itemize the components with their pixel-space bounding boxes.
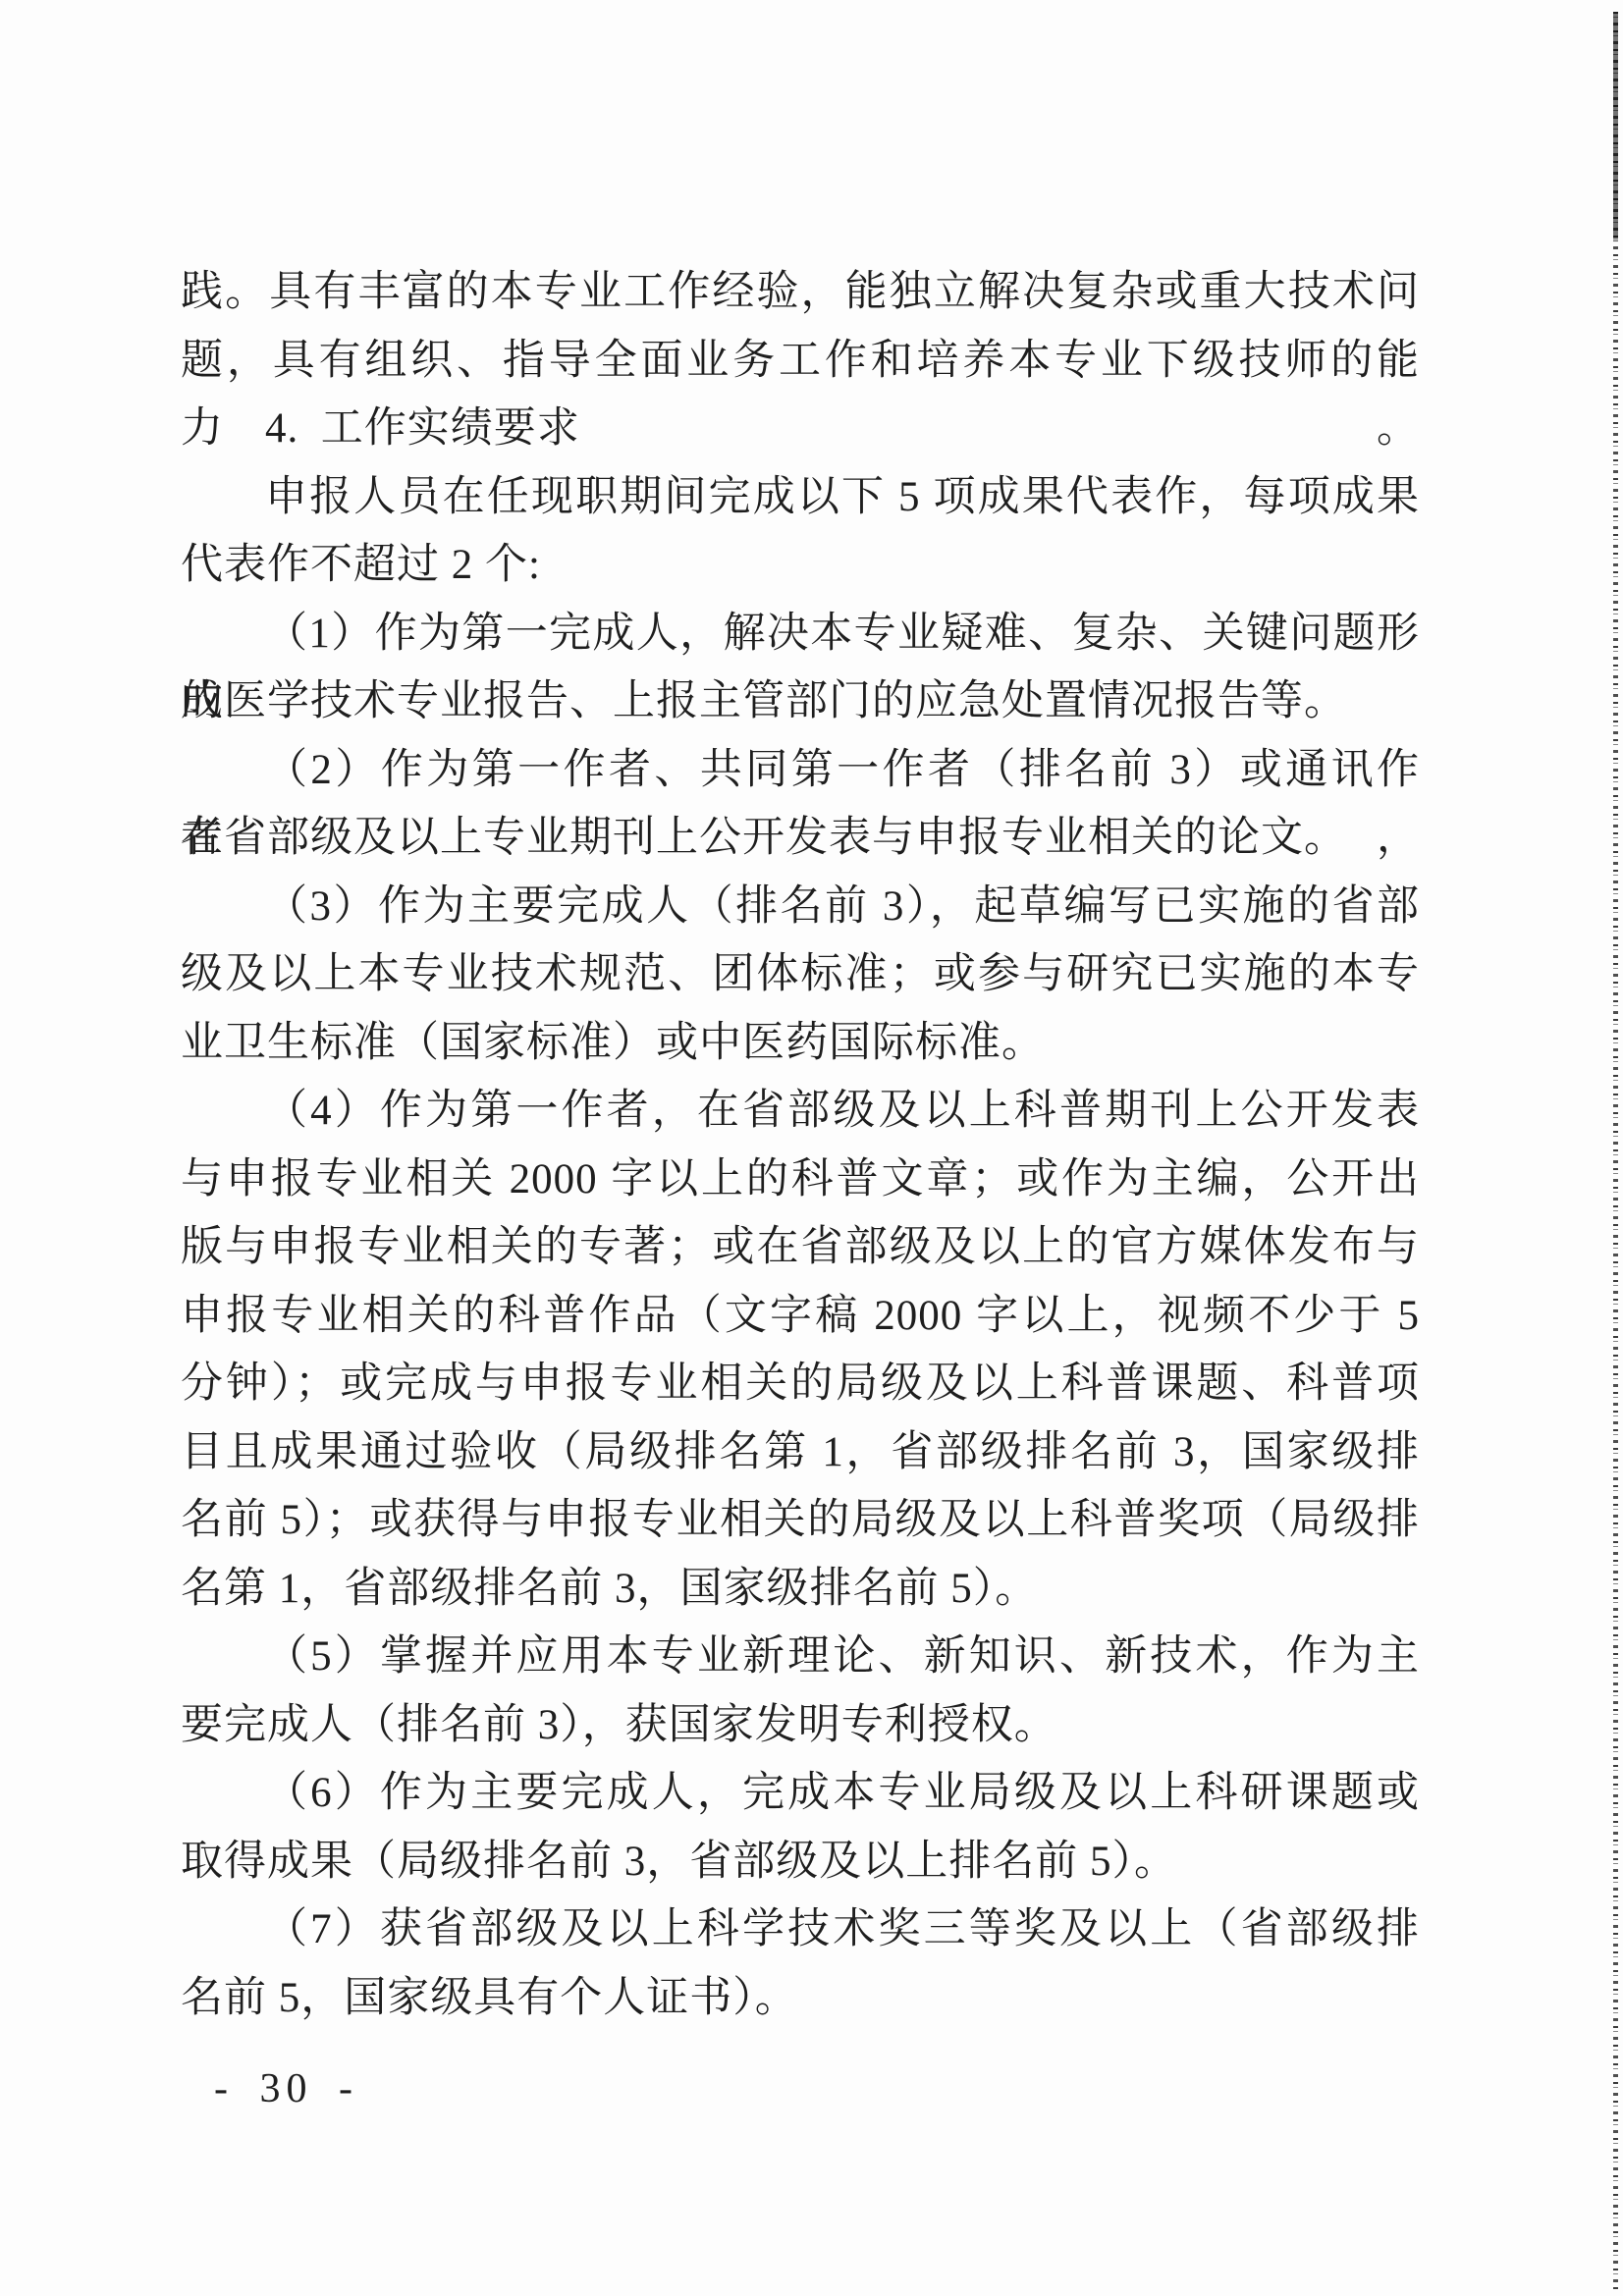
doc-line: 代表作不超过 2 个: <box>181 531 1420 600</box>
doc-line: 的医学技术专业报告、上报主管部门的应急处置情况报告等。 <box>181 667 1420 736</box>
doc-line: 版与申报专业相关的专著；或在省部级及以上的官方媒体发布与 <box>181 1213 1420 1282</box>
doc-line: 目且成果通过验收（局级排名第 1，省部级排名前 3，国家级排 <box>181 1418 1420 1487</box>
document-page: 践。具有丰富的本专业工作经验，能独立解决复杂或重大技术问 题，具有组织、指导全面… <box>0 0 1623 2296</box>
doc-line: 申报人员在任现职期间完成以下 5 项成果代表作，每项成果 <box>181 463 1420 532</box>
doc-line-item-2: （2）作为第一作者、共同第一作者（排名前 3）或通讯作者， <box>181 736 1420 805</box>
doc-line-item-7: （7）获省部级及以上科学技术奖三等奖及以上（省部级排 <box>181 1896 1420 1964</box>
doc-line: 在省部级及以上专业期刊上公开发表与申报专业相关的论文。 <box>181 804 1420 873</box>
body-text-block: 践。具有丰富的本专业工作经验，能独立解决复杂或重大技术问 题，具有组织、指导全面… <box>181 258 1420 2032</box>
doc-line-item-4: （4）作为第一作者，在省部级及以上科普期刊上公开发表 <box>181 1077 1420 1146</box>
page-number: - 30 - <box>214 2063 358 2114</box>
doc-line: 要完成人（排名前 3），获国家发明专利授权。 <box>181 1691 1420 1760</box>
doc-line: 与申报专业相关 2000 字以上的科普文章；或作为主编，公开出 <box>181 1146 1420 1214</box>
doc-line: 题，具有组织、指导全面业务工作和培养本专业下级技师的能力。 <box>181 327 1420 396</box>
doc-line-item-6: （6）作为主要完成人，完成本专业局级及以上科研课题或 <box>181 1759 1420 1828</box>
doc-line: 分钟）；或完成与申报专业相关的局级及以上科普课题、科普项 <box>181 1350 1420 1418</box>
doc-line: 名第 1，省部级排名前 3，国家级排名前 5）。 <box>181 1555 1420 1624</box>
doc-line-item-3: （3）作为主要完成人（排名前 3），起草编写已实施的省部 <box>181 873 1420 941</box>
doc-line: 级及以上本专业技术规范、团体标准；或参与研究已实施的本专 <box>181 940 1420 1009</box>
doc-line: 取得成果（局级排名前 3，省部级及以上排名前 5）。 <box>181 1828 1420 1896</box>
scan-artifact-strip <box>1613 12 1618 2289</box>
doc-line: 业卫生标准（国家标准）或中医药国际标准。 <box>181 1009 1420 1078</box>
doc-line: 践。具有丰富的本专业工作经验，能独立解决复杂或重大技术问 <box>181 258 1420 327</box>
doc-line: 申报专业相关的科普作品（文字稿 2000 字以上，视频不少于 5 <box>181 1282 1420 1351</box>
doc-line-item-1: （1）作为第一完成人，解决本专业疑难、复杂、关键问题形成 <box>181 600 1420 668</box>
doc-line: 名前 5）；或获得与申报专业相关的局级及以上科普奖项（局级排 <box>181 1486 1420 1555</box>
doc-line: 名前 5，国家级具有个人证书）。 <box>181 1964 1420 2033</box>
doc-line-item-5: （5）掌握并应用本专业新理论、新知识、新技术，作为主 <box>181 1623 1420 1691</box>
